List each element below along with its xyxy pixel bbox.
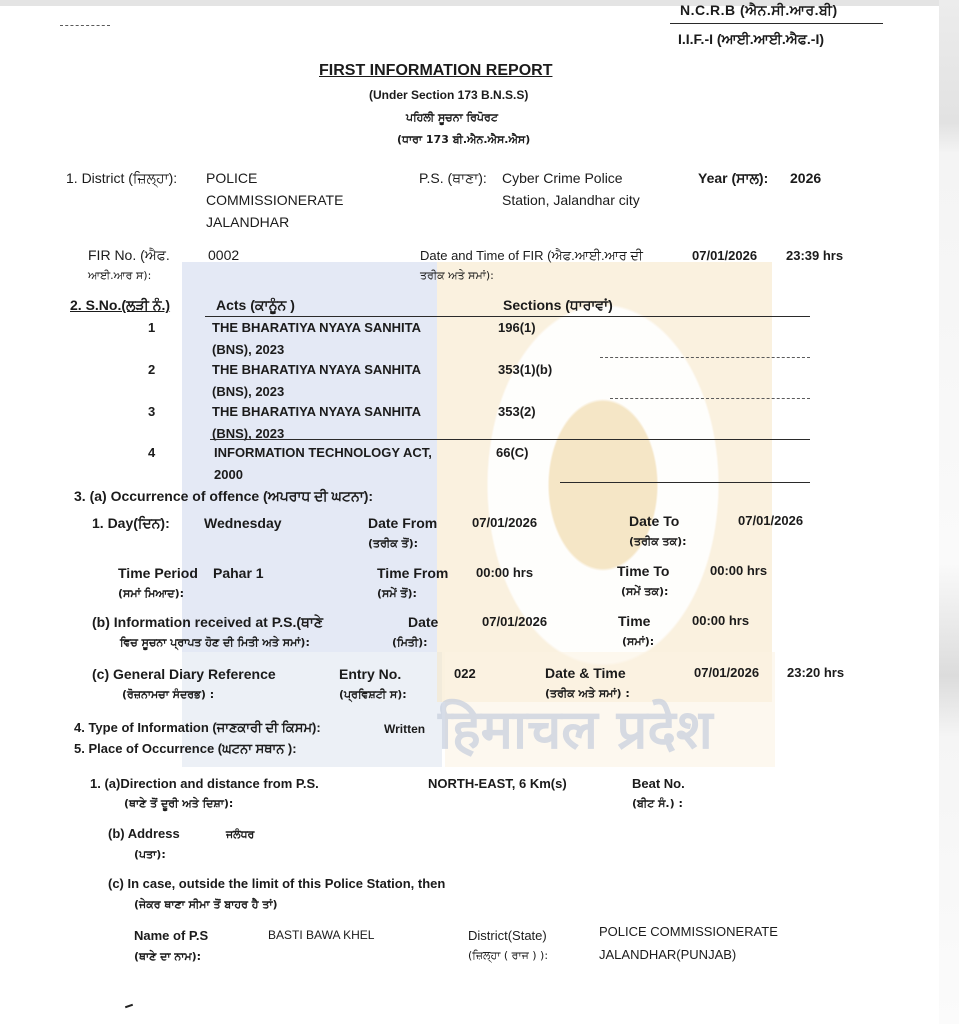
time-from-label-pa: (ਸਮੇਂ ਤੋਂ): xyxy=(377,587,417,601)
place-label: 5. Place of Occurrence (ਘਟਨਾ ਸਥਾਨ ): xyxy=(74,741,297,757)
fir-no-value: 0002 xyxy=(208,247,239,263)
date-to-value: 07/01/2026 xyxy=(738,513,803,528)
time-to-value: 00:00 hrs xyxy=(710,563,767,578)
row-act: THE BHARATIYA NYAYA SANHITA xyxy=(212,362,421,377)
scan-mark xyxy=(125,1004,133,1009)
district-value-line: POLICE xyxy=(206,170,257,186)
ps-name-label-pa: (ਥਾਣੇ ਦਾ ਨਾਮ): xyxy=(134,950,201,964)
row-section: 196(1) xyxy=(498,320,536,335)
address-label: (b) Address xyxy=(108,826,180,841)
fir-no-label-pa: ਆਈ.ਆਰ ਸ): xyxy=(88,269,151,283)
ps-label: P.S. (ਥਾਣਾ): xyxy=(419,170,487,187)
district-state-value: JALANDHAR(PUNJAB) xyxy=(599,947,736,962)
row-section: 66(C) xyxy=(496,445,529,460)
ncrb-label: N.C.R.B (ਐਨ.ਸੀ.ਆਰ.ਬੀ) xyxy=(680,2,838,19)
day-label: 1. Day(ਦਿਨ): xyxy=(92,515,170,532)
date-from-label-pa: (ਤਰੀਕ ਤੋਂ): xyxy=(368,537,418,551)
day-value: Wednesday xyxy=(204,515,282,531)
beat-no-label-pa: (ਬੀਟ ਸੰ.) : xyxy=(632,797,683,811)
row-sno: 1 xyxy=(148,320,155,335)
info-type-value: Written xyxy=(384,722,425,736)
acts-header: Acts (ਕਾਨੂੰਨ ) xyxy=(216,297,295,314)
time-period-label-pa: (ਸਮਾਂ ਮਿਆਦ): xyxy=(118,587,184,601)
row-sno: 2 xyxy=(148,362,155,377)
gd-time-value: 23:20 hrs xyxy=(787,665,844,680)
time-from-label: Time From xyxy=(377,565,448,581)
row-act: 2000 xyxy=(214,467,243,482)
info-received-label: (b) Information received at P.S.(ਥਾਣੇ xyxy=(92,614,323,631)
district-label: 1. District (ਜ਼ਿਲ੍ਹਾ): xyxy=(66,170,177,187)
fir-document: N.C.R.B (ਐਨ.ਸੀ.ਆਰ.ਬੀ) I.I.F.-I (ਆਈ.ਆਈ.ਐਫ… xyxy=(0,0,959,1024)
fir-datetime-label: Date and Time of FIR (ਐਫ.ਆਈ.ਆਰ ਦੀ xyxy=(420,248,643,264)
time-period-label: Time Period xyxy=(118,565,198,581)
district-value-line: COMMISSIONERATE xyxy=(206,192,343,208)
sections-header: Sections (ਧਾਰਾਵਾਂ) xyxy=(503,297,613,314)
fir-date-value: 07/01/2026 xyxy=(692,248,757,263)
direction-label: 1. (a)Direction and distance from P.S. xyxy=(90,776,319,791)
address-value: ਜਲੰਧਰ xyxy=(226,828,254,842)
info-date-value: 07/01/2026 xyxy=(482,614,547,629)
date-to-label: Date To xyxy=(629,513,679,529)
fir-time-value: 23:39 hrs xyxy=(786,248,843,263)
row-section: 353(2) xyxy=(498,404,536,419)
fir-datetime-label-pa: ਤਰੀਕ ਅਤੇ ਸਮਾਂ): xyxy=(420,269,494,283)
date-from-value: 07/01/2026 xyxy=(472,515,537,530)
district-state-label-pa: (ਜ਼ਿਲ੍ਹਾ ( ਰਾਜ ) ): xyxy=(468,949,548,963)
time-from-value: 00:00 hrs xyxy=(476,565,533,580)
row-act: THE BHARATIYA NYAYA SANHITA xyxy=(212,320,421,335)
gd-reference-label-pa: (ਰੋਜ਼ਨਾਮਚਾ ਸੰਦਰਭ) : xyxy=(122,688,214,702)
sno-header: 2. S.No.(ਲੜੀ ਨੰ.) xyxy=(70,297,170,314)
row-sno: 3 xyxy=(148,404,155,419)
ps-value-line: Station, Jalandhar city xyxy=(502,192,640,208)
page-title-pa: ਪਹਿਲੀ ਸੂਚਨਾ ਰਿਪੋਰਟ xyxy=(406,111,498,125)
info-time-label: Time xyxy=(618,613,650,629)
time-period-value: Pahar 1 xyxy=(213,565,264,581)
row-section: 353(1)(b) xyxy=(498,362,552,377)
divider xyxy=(670,23,883,24)
entry-no-label-pa: (ਪ੍ਰਵਿਸ਼ਟੀ ਸ): xyxy=(339,688,407,702)
page-title: FIRST INFORMATION REPORT xyxy=(319,62,552,80)
divider xyxy=(60,25,110,26)
row-act: (BNS), 2023 xyxy=(212,384,284,399)
ps-value-line: Cyber Crime Police xyxy=(502,170,623,186)
info-type-label: 4. Type of Information (ਜਾਣਕਾਰੀ ਦੀ ਕਿਸਮ)… xyxy=(74,720,321,736)
gd-date-value: 07/01/2026 xyxy=(694,665,759,680)
district-state-label: District(State) xyxy=(468,928,547,943)
divider xyxy=(600,357,810,358)
outside-limit-label-pa: (ਜੇਕਰ ਥਾਣਾ ਸੀਮਾ ਤੋਂ ਬਾਹਰ ਹੈ ਤਾਂ) xyxy=(134,898,278,912)
ps-name-label: Name of P.S xyxy=(134,928,208,943)
row-act: INFORMATION TECHNOLOGY ACT, xyxy=(214,445,432,460)
iif-label: I.I.F.-I (ਆਈ.ਆਈ.ਐਫ.-I) xyxy=(678,31,824,48)
info-time-label-pa: (ਸਮਾਂ): xyxy=(622,635,654,649)
gd-reference-label: (c) General Diary Reference xyxy=(92,666,276,682)
table-header-rule xyxy=(205,316,810,317)
gd-datetime-label: Date & Time xyxy=(545,665,626,681)
gd-datetime-label-pa: (ਤਰੀਕ ਅਤੇ ਸਮਾਂ) : xyxy=(545,687,630,701)
row-sno: 4 xyxy=(148,445,155,460)
date-from-label: Date From xyxy=(368,515,437,531)
district-value-line: JALANDHAR xyxy=(206,214,289,230)
row-act: (BNS), 2023 xyxy=(212,342,284,357)
ps-name-value: BASTI BAWA KHEL xyxy=(268,928,374,942)
info-received-label-pa: ਵਿਚ ਸੂਚਨਾ ਪ੍ਰਾਪਤ ਹੋਣ ਦੀ ਮਿਤੀ ਅਤੇ ਸਮਾਂ): xyxy=(120,636,310,650)
year-label: Year (ਸਾਲ): xyxy=(698,170,768,187)
time-to-label-pa: (ਸਮੇਂ ਤਕ): xyxy=(621,585,668,599)
page-subtitle: (Under Section 173 B.N.S.S) xyxy=(369,88,528,102)
district-state-value: POLICE COMMISSIONERATE xyxy=(599,924,778,939)
fir-no-label: FIR No. (ਐਫ. xyxy=(88,247,170,264)
row-act: THE BHARATIYA NYAYA SANHITA xyxy=(212,404,421,419)
info-time-value: 00:00 hrs xyxy=(692,613,749,628)
entry-no-value: 022 xyxy=(454,666,476,681)
info-date-label: Date xyxy=(408,614,438,630)
year-value: 2026 xyxy=(790,170,821,186)
divider xyxy=(210,439,810,440)
direction-label-pa: (ਥਾਣੇ ਤੋਂ ਦੂਰੀ ਅਤੇ ਦਿਸ਼ਾ): xyxy=(124,797,233,811)
time-to-label: Time To xyxy=(617,563,669,579)
divider xyxy=(610,398,810,399)
info-date-label-pa: (ਮਿਤੀ): xyxy=(392,636,428,650)
page-subtitle-pa: (ਧਾਰਾ 173 ਬੀ.ਐਨ.ਐਸ.ਐਸ) xyxy=(397,133,530,147)
divider xyxy=(560,482,810,483)
outside-limit-label: (c) In case, outside the limit of this P… xyxy=(108,876,445,891)
occurrence-heading: 3. (a) Occurrence of offence (ਅਪਰਾਧ ਦੀ ਘ… xyxy=(74,488,373,505)
beat-no-label: Beat No. xyxy=(632,776,685,791)
direction-value: NORTH-EAST, 6 Km(s) xyxy=(428,776,567,791)
entry-no-label: Entry No. xyxy=(339,666,401,682)
date-to-label-pa: (ਤਰੀਕ ਤਕ): xyxy=(629,535,687,549)
address-label-pa: (ਪਤਾ): xyxy=(134,848,166,862)
